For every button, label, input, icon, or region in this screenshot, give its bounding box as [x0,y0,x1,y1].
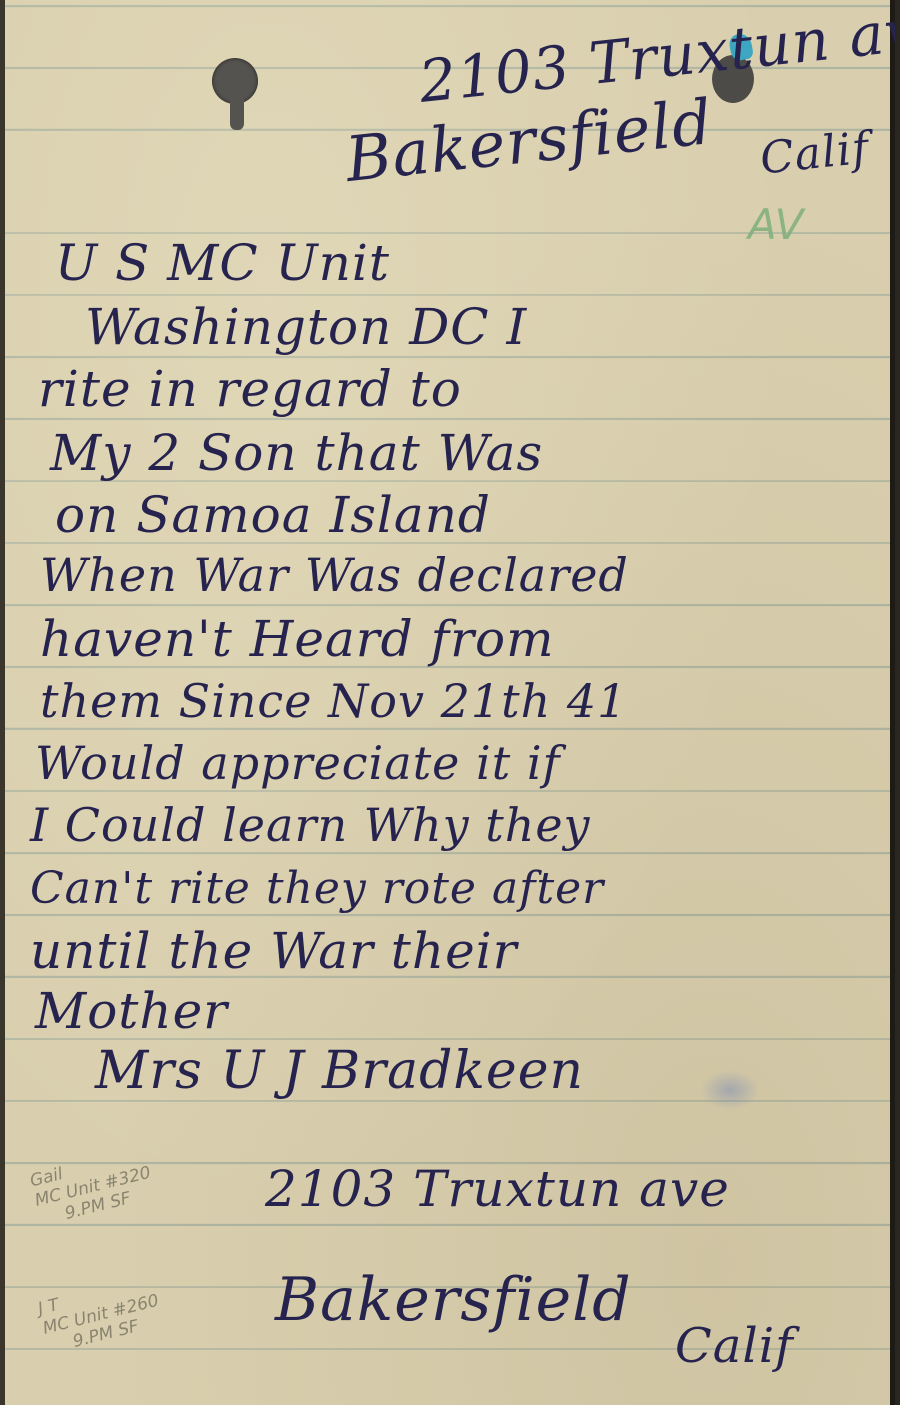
footer-address-line3: Calif [675,1318,794,1374]
body-line: Can't rite they rote after [30,858,604,920]
page-right-edge [890,0,895,1405]
header-address-line3: Calif [758,122,872,184]
signature: Mrs U J Bradkeen [95,1040,584,1102]
archival-mark: AV [748,200,803,249]
body-line: Mother [35,980,228,1042]
body-line: When War Was declared [40,544,629,606]
body-line: My 2 Son that Was [50,422,543,484]
punch-hole [212,58,258,104]
body-line: until the War their [30,920,518,982]
pencil-note-1: Gail MC Unit #320 9.PM SF [28,1143,158,1230]
body-line: I Could learn Why they [30,794,591,856]
body-line: Washington DC I [85,296,527,358]
body-line: haven't Heard from [40,608,555,670]
body-line: U S MC Unit [55,232,390,294]
pencil-note-2: J T MC Unit #260 9.PM SF [36,1271,166,1358]
letter-page: 2103 Truxtun ave Bakersfield Calif AV U … [0,0,895,1405]
body-line: them Since Nov 21th 41 [40,670,627,732]
body-line: rite in regard to [38,358,462,420]
page-left-edge [0,0,5,1405]
body-line: Would appreciate it if [35,732,561,794]
footer-address-line1: 2103 Truxtun ave [265,1160,730,1218]
body-line: on Samoa Island [55,484,491,546]
footer-address-line2: Bakersfield [275,1265,632,1335]
ink-smudge [700,1070,760,1110]
